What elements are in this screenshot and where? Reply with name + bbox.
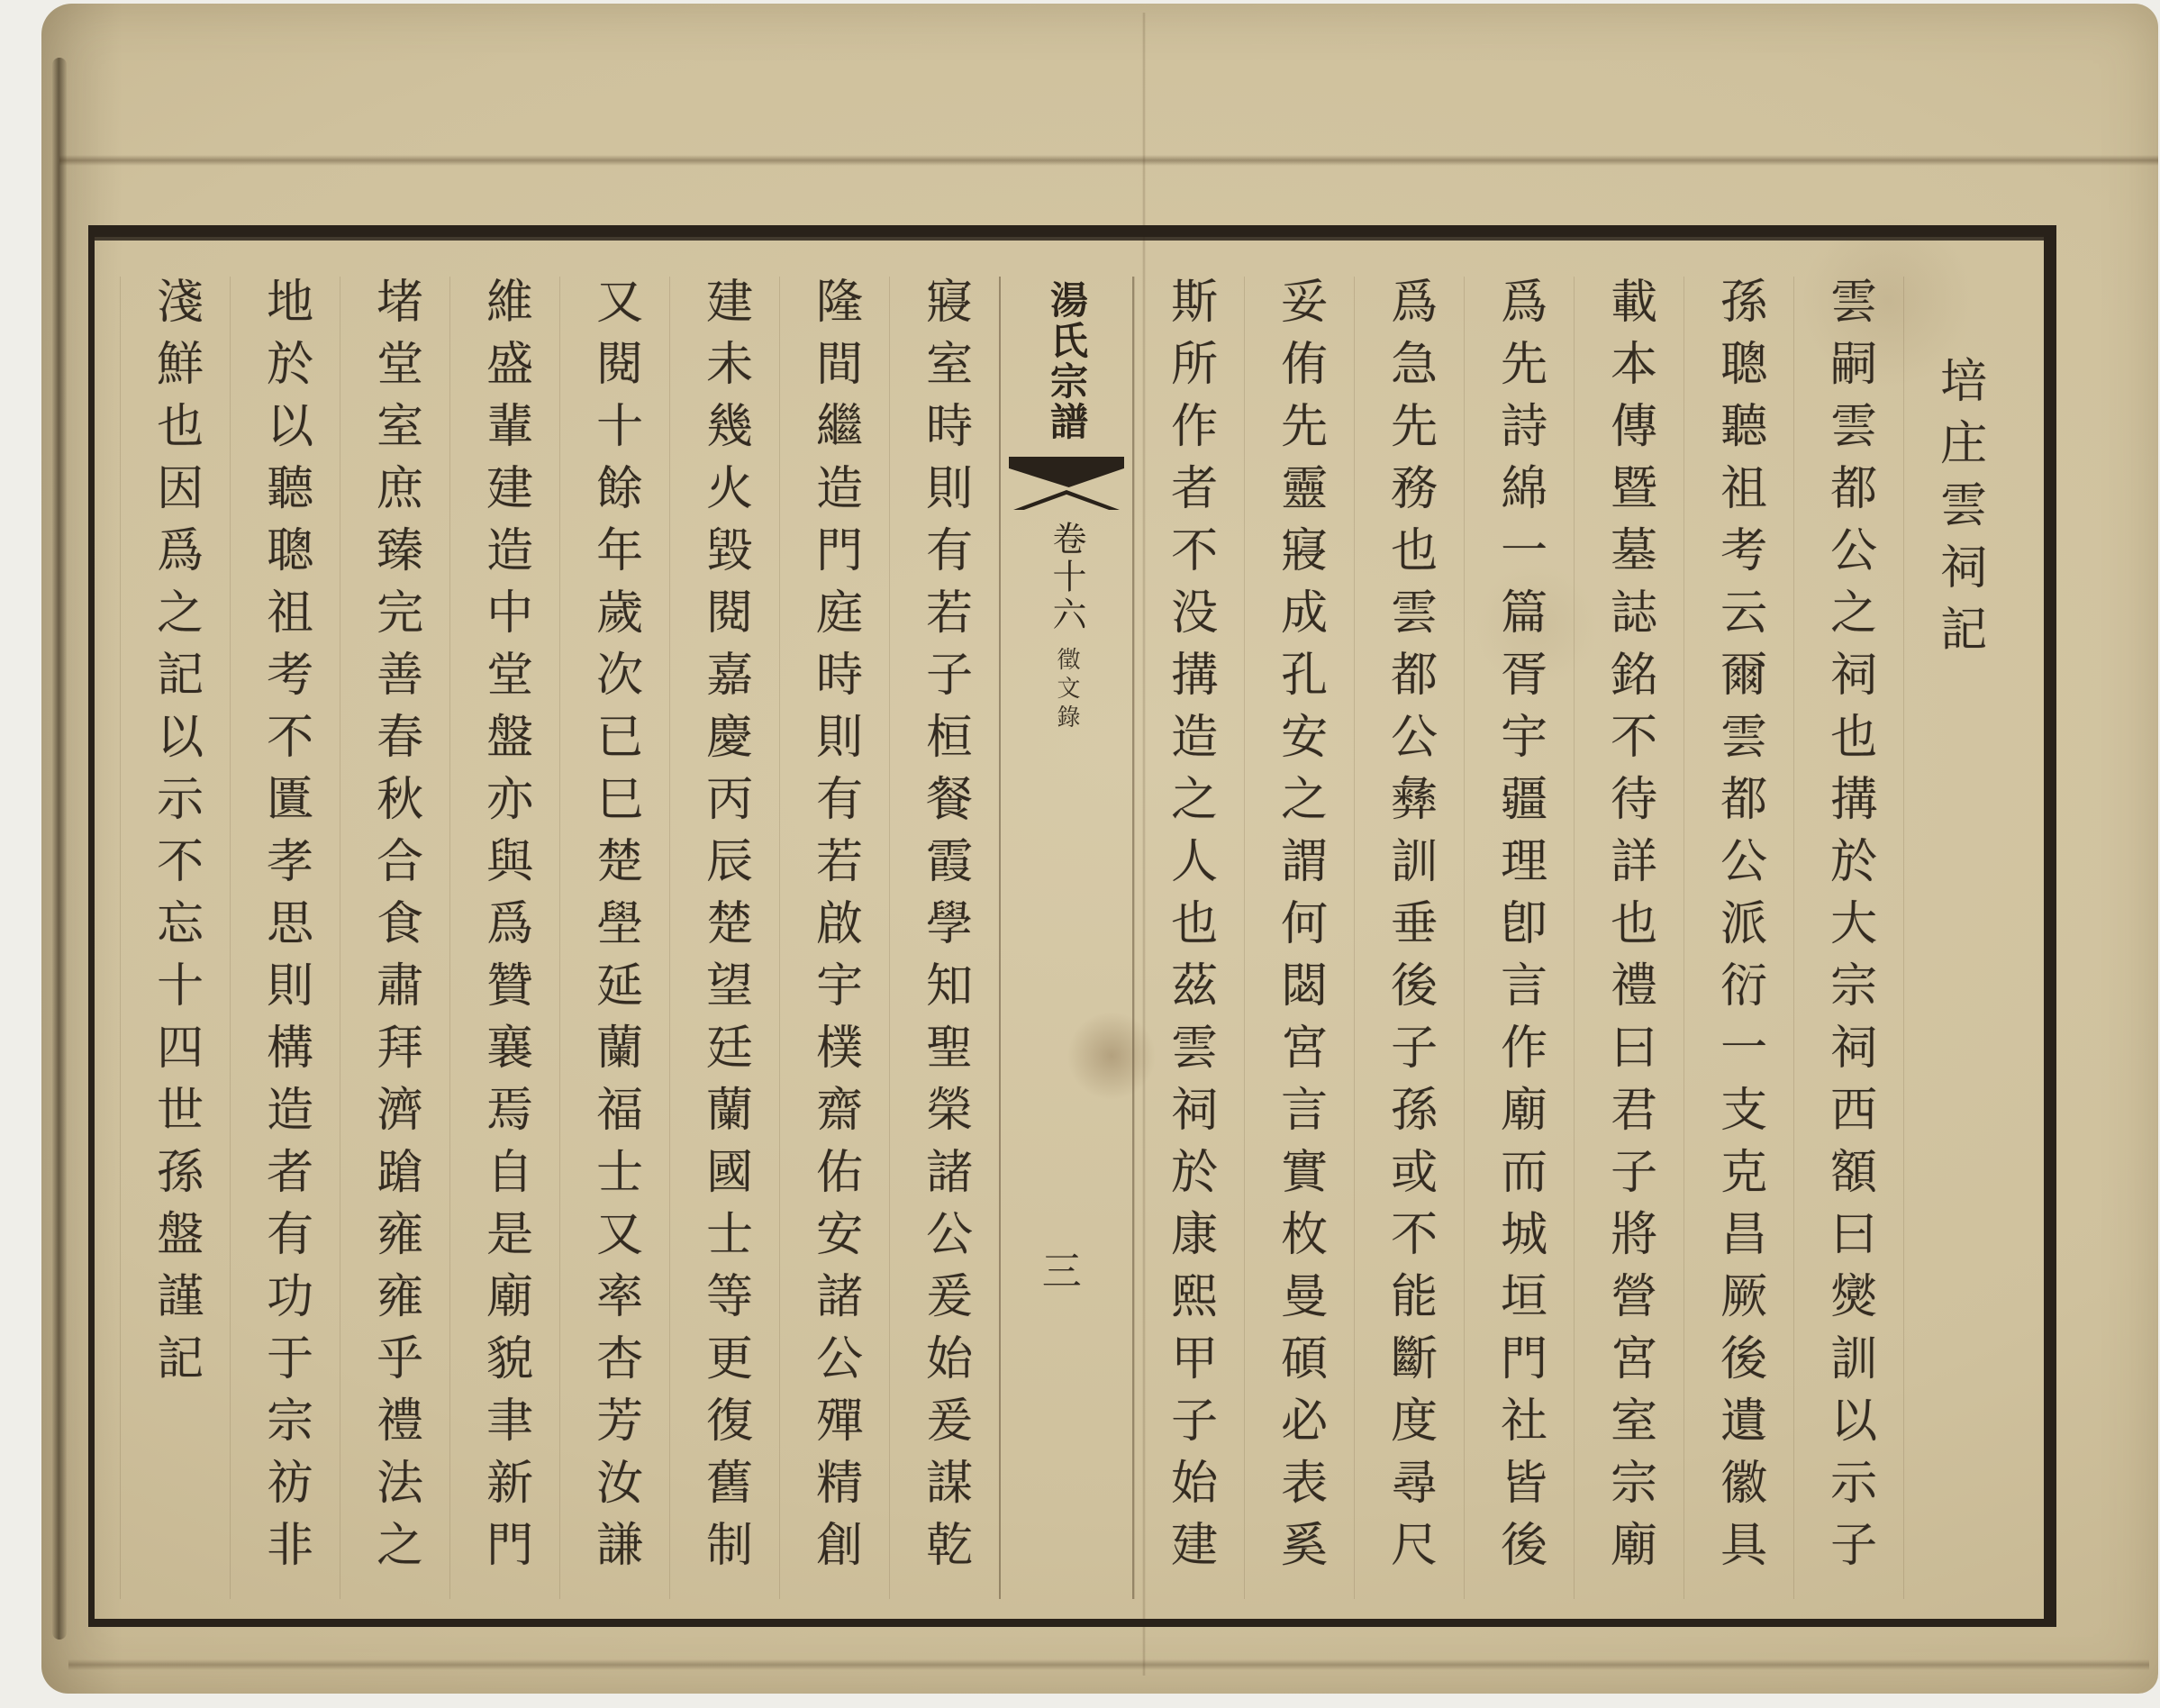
text-column: 隆間繼造門庭時則有若啟宇樸齋佑安諸公殫精創: [779, 277, 889, 1599]
text-column: 雲嗣雲都公之祠也搆於大宗祠西額曰爕訓以示子: [1793, 277, 1903, 1599]
volume-label: 卷十六: [1049, 521, 1084, 634]
scanned-page-paper: 培庄雲祠記 雲嗣雲都公之祠也搆於大宗祠西額曰爕訓以示子 孫聰聽祖考云爾雲都公派衍…: [41, 4, 2158, 1694]
article-title-column: 培庄雲祠記: [1903, 277, 2013, 1599]
article-title: 培庄雲祠記: [1932, 277, 1984, 1599]
text-column: 建未幾火毀閱嘉慶丙辰楚望廷蘭國士等更復舊制: [669, 277, 779, 1599]
book-spine-shadow: [52, 58, 67, 1640]
fishtail-ornament-icon: [1009, 457, 1124, 487]
text-column: 載本傳暨墓誌銘不待詳也禮曰君子將營宮室宗廟: [1574, 277, 1684, 1599]
text-column: 斯所作者不没搆造之人也茲雲祠於康熙甲子始建: [1134, 277, 1244, 1599]
book-title: 湯氏宗譜: [1048, 280, 1085, 442]
center-fold-column: 湯氏宗譜 卷十六 徵文錄 三: [999, 277, 1134, 1599]
text-column: 妥侑先靈寢成孔安之謂何閟宮言實枚曼碩必表奚: [1244, 277, 1354, 1599]
page-top-edge-shadow: [59, 155, 2158, 166]
text-column: 爲先詩綿一篇胥宇疆理卽言作廟而城垣門社皆後: [1464, 277, 1574, 1599]
printed-text-frame: 培庄雲祠記 雲嗣雲都公之祠也搆於大宗祠西額曰爕訓以示子 孫聰聽祖考云爾雲都公派衍…: [88, 225, 2056, 1627]
text-column: 寢室時則有若子桓餐霞學知聖榮諸公爰始爰謀乾: [889, 277, 999, 1599]
text-block: 培庄雲祠記 雲嗣雲都公之祠也搆於大宗祠西額曰爕訓以示子 孫聰聽祖考云爾雲都公派衍…: [95, 237, 2044, 1619]
text-column: 爲急先務也雲都公彝訓垂後子孫或不能斷度尋尺: [1354, 277, 1464, 1599]
fishtail-chevron-icon: [1013, 490, 1120, 510]
text-column: 淺鮮也因爲之記以示不忘十四世孫盤謹記: [120, 277, 230, 1599]
page-bottom-edge-shadow: [68, 1659, 2149, 1670]
text-column: 維盛輩建造中堂盤亦與爲贊襄焉自是廟貌聿新門: [449, 277, 559, 1599]
page-number: 三: [1042, 1239, 1082, 1296]
text-column: 又閱十餘年歲次已巳楚壆延蘭福士又率杏芳汝謙: [559, 277, 669, 1599]
text-column: 地於以聽聰祖考不匱孝思則構造者有功于宗祊非: [230, 277, 340, 1599]
section-label: 徵文錄: [1055, 647, 1078, 733]
text-column: 堵堂室庶臻完善春秋合食肅拜濟蹌雍雍乎禮法之: [340, 277, 449, 1599]
text-column: 孫聰聽祖考云爾雲都公派衍一支克昌厥後遺徽具: [1684, 277, 1793, 1599]
